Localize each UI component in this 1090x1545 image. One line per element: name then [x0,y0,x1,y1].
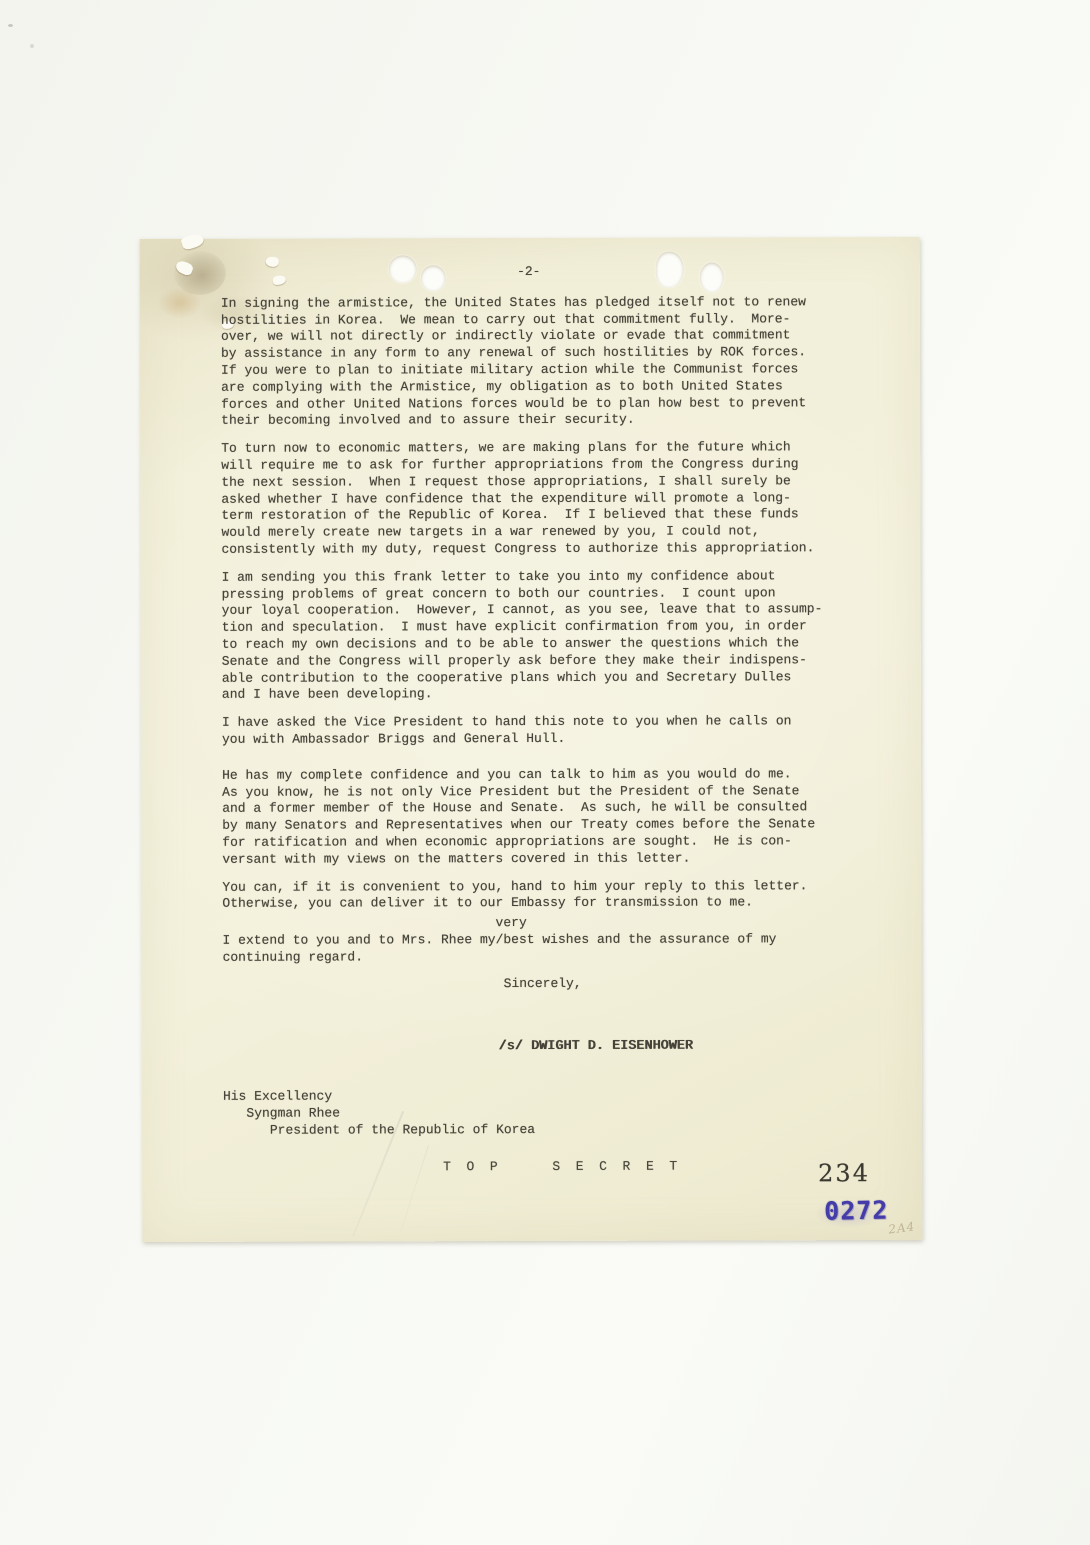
letter-paragraph-reply: You can, if it is convenient to you, han… [222,878,838,913]
paper-tear-chip [174,259,194,276]
letter-paragraph-economic: To turn now to economic matters, we are … [221,439,837,558]
letter-paragraph-vice-president: I have asked the Vice President to hand … [222,713,838,748]
paper-stain [174,251,226,295]
scan-background: { "scan": { "paper_color": "#f1eed8", "b… [0,0,1090,1545]
page-stamp-number: 0272 [824,1196,889,1226]
page-number: -2- [221,263,837,281]
letter-paragraph-confidence: He has my complete confidence and you ca… [222,766,838,868]
scanner-speck [8,24,13,27]
folio-number: 234 [818,1159,870,1187]
letter-body: -2- In signing the armistice, the United… [221,263,839,1139]
paper-stain [158,287,202,319]
closing-sincerely: Sincerely, [504,976,839,994]
paper-tear-chip [180,232,205,251]
signature-line: /s/ DWIGHT D. EISENHOWER [499,1037,839,1055]
scanner-speck [30,44,34,48]
document-page: -2- In signing the armistice, the United… [140,237,923,1242]
letter-paragraph-frank-letter: I am sending you this frank letter to ta… [222,568,838,704]
letter-paragraph-armistice: In signing the armistice, the United Sta… [221,294,837,430]
letter-paragraph-best-wishes-with-insertion: very I extend to you and to Mrs. Rhee my… [222,914,838,966]
recipient-address-block: His Excellency Syngman Rhee President of… [223,1087,839,1139]
top-secret-marking: T O P S E C R E T [443,1159,677,1175]
pencil-annotation: 2A4 [888,1219,916,1236]
paper-crease [400,1145,429,1231]
